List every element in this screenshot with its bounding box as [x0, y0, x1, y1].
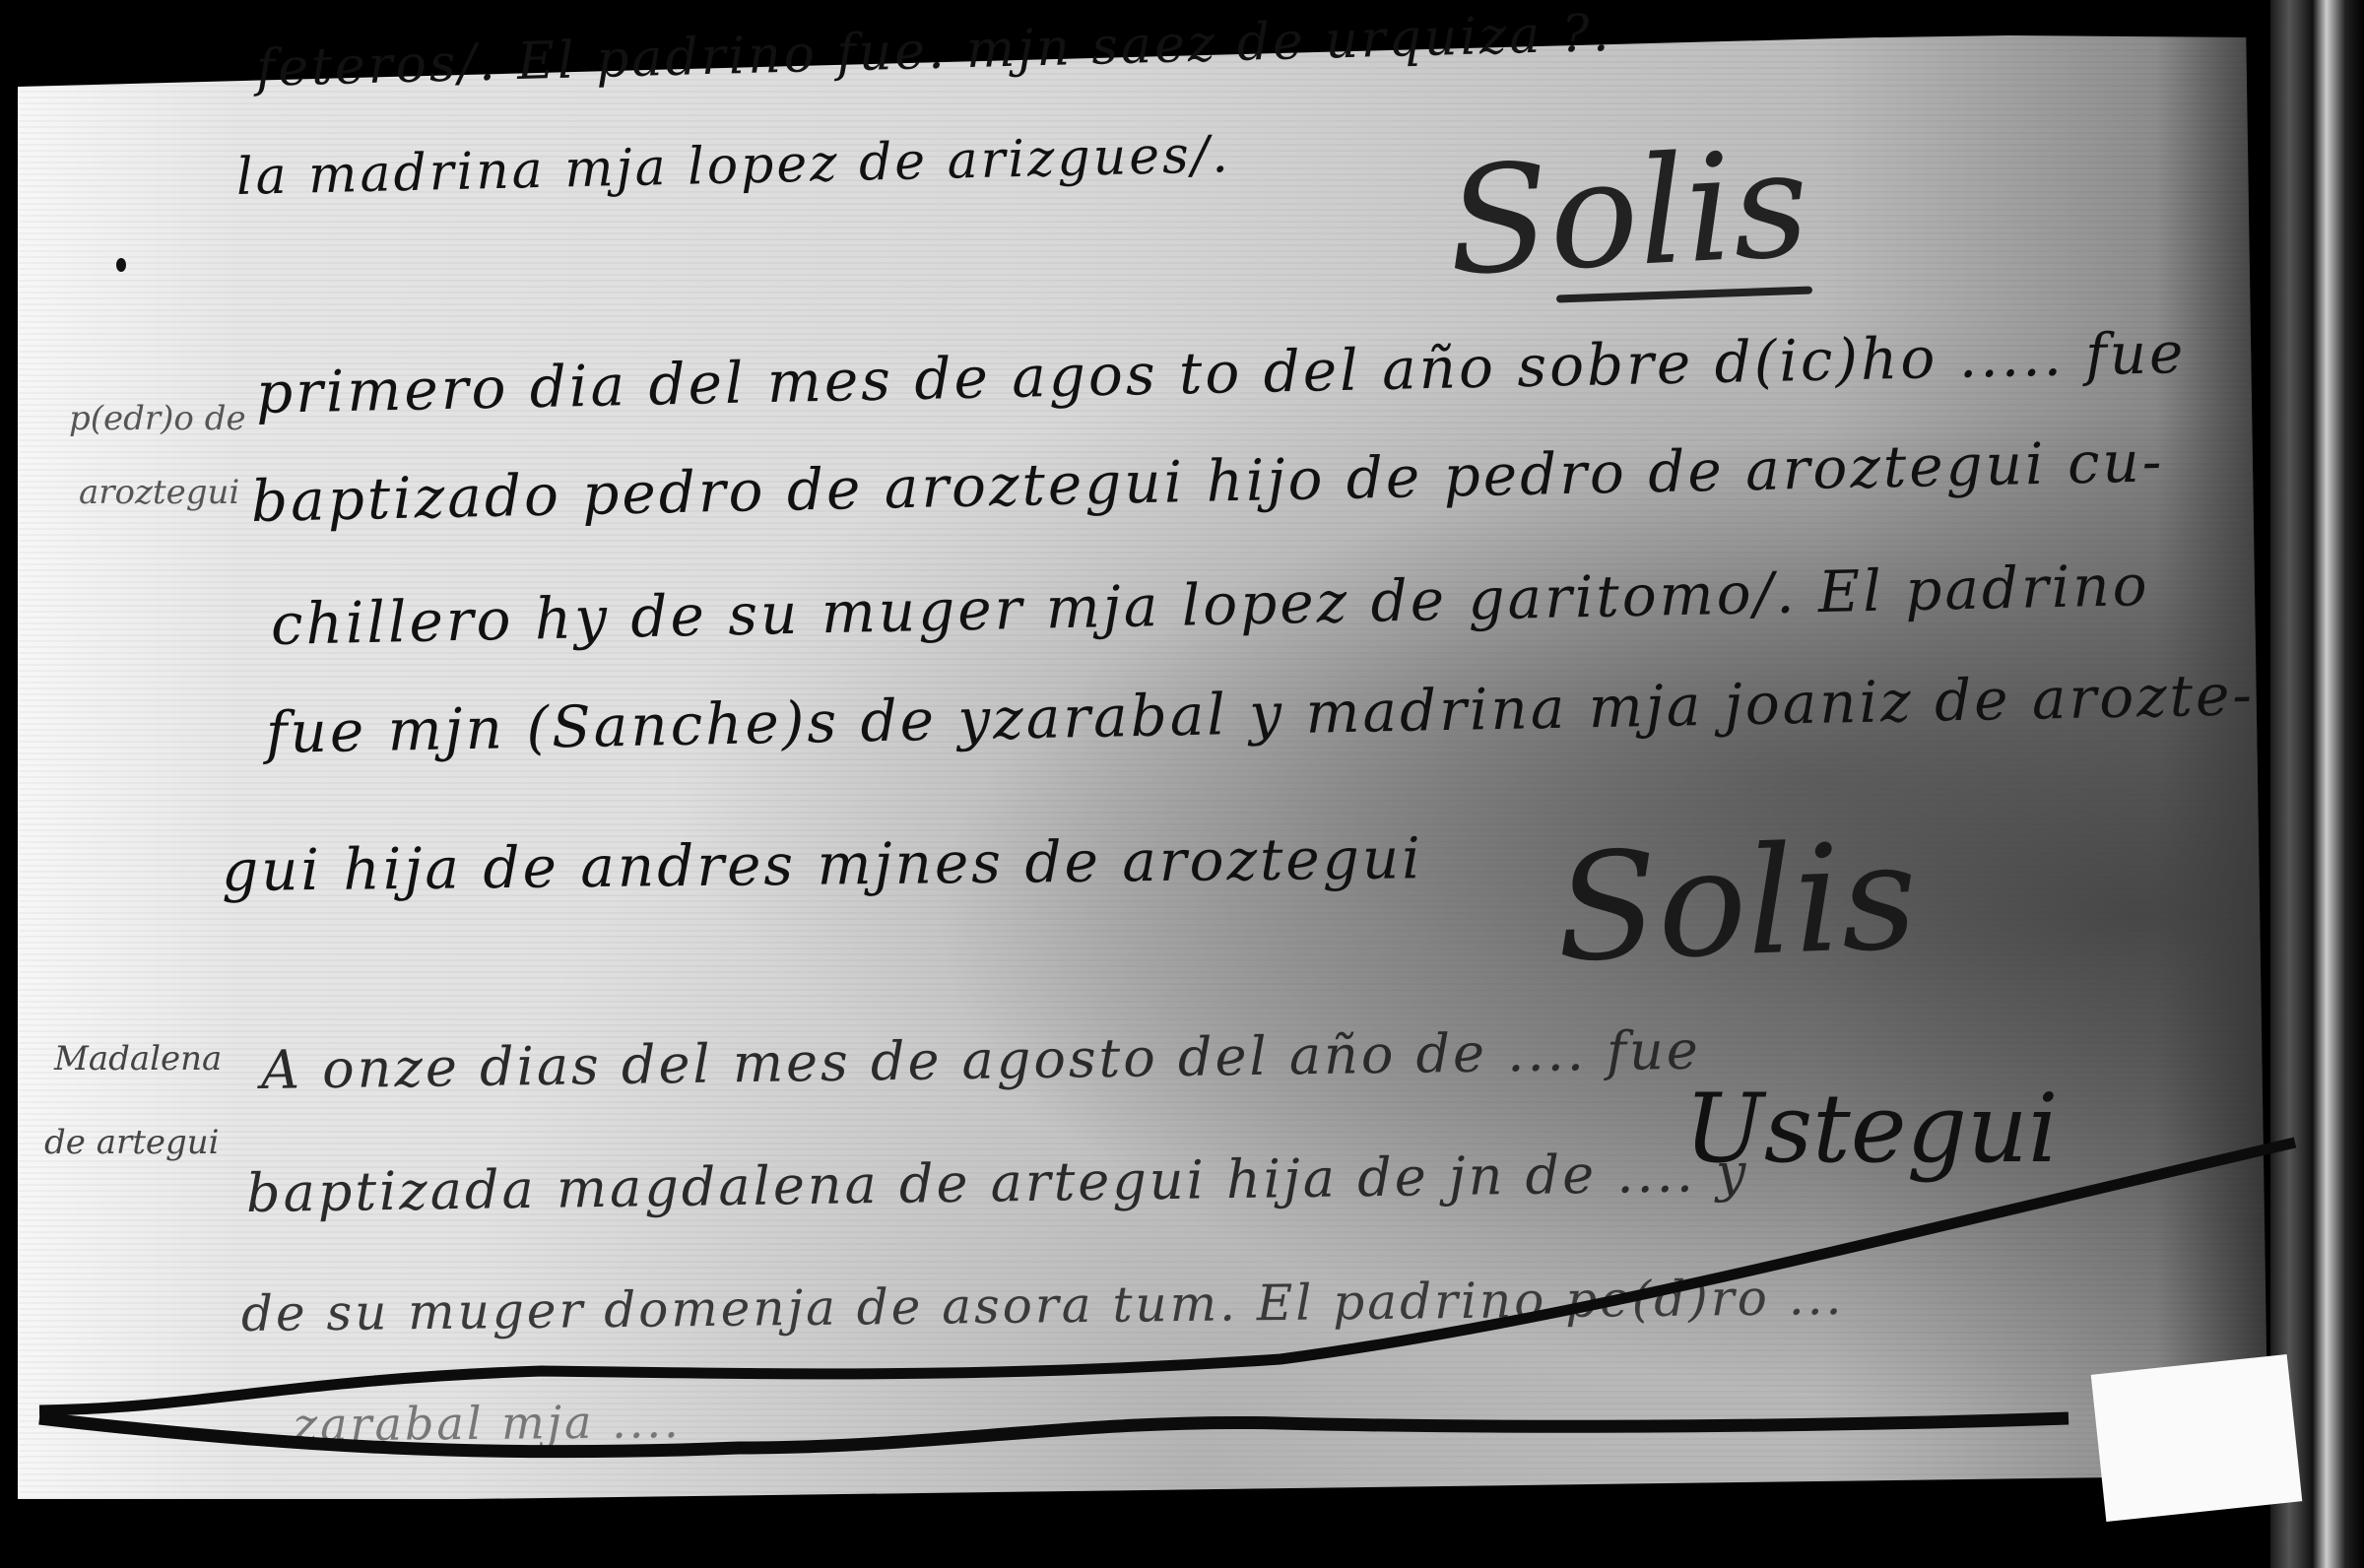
photo-border-bottom: [0, 1499, 2364, 1568]
margin-note-4: de artegui: [44, 1123, 220, 1162]
margin-note-3: Madalena: [54, 1039, 222, 1078]
signature-3: Ustegui: [1684, 1074, 2059, 1184]
paper-tag: [2091, 1354, 2303, 1522]
book-spine-edge: [2270, 0, 2364, 1568]
margin-note-2: aroztegui: [79, 473, 239, 512]
ink-dot: [116, 258, 126, 272]
text-line-7: gui hija de andres mjnes de aroztegui: [222, 824, 1423, 904]
signature-2: Solis: [1553, 812, 1920, 996]
signature-1: Solis: [1444, 119, 1813, 309]
margin-note-1: p(edr)o de: [69, 399, 246, 438]
text-line-11: ...zarabal mja ....: [241, 1395, 682, 1452]
document-photo: feteros/. El padrino fue. mjn saez de ur…: [0, 0, 2364, 1568]
